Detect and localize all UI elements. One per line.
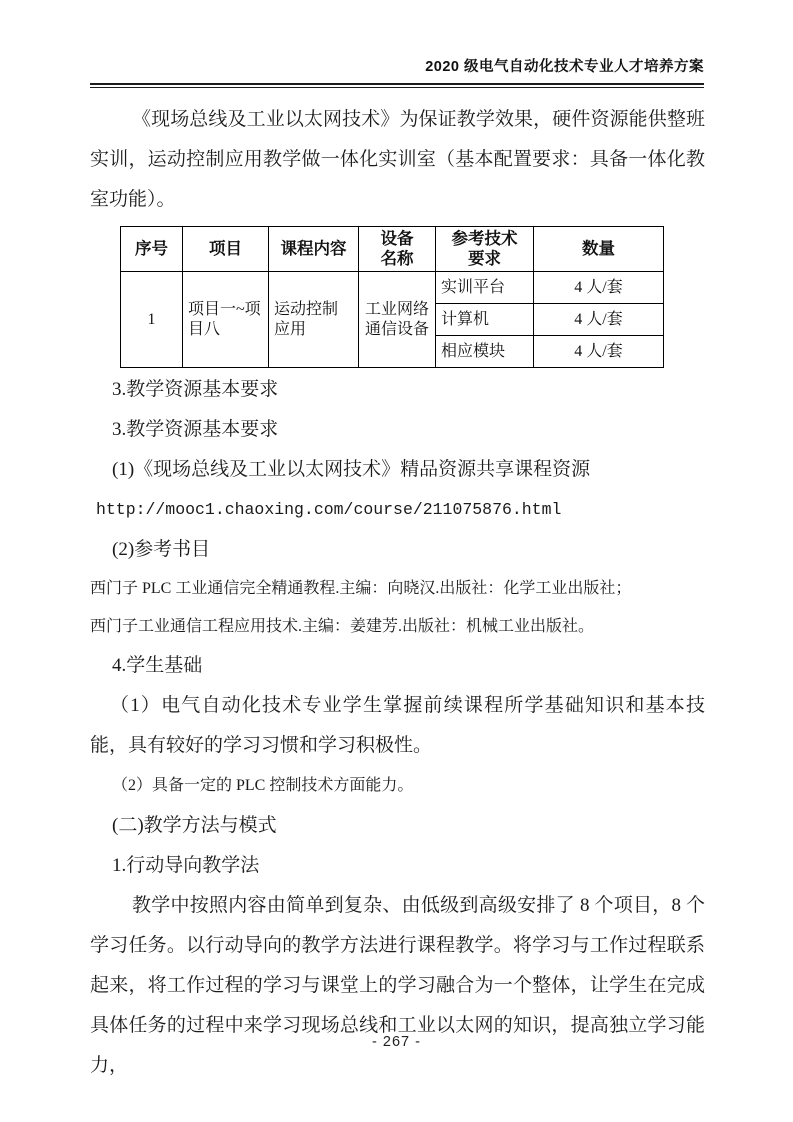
header-cell-index: 序号 (121, 227, 183, 272)
table-header-row: 序号 项目 课程内容 设备 名称 参考技术 要求 数量 (121, 227, 664, 272)
intro-paragraph: 《现场总线及工业以太网技术》为保证教学效果，硬件资源能供整班实训，运动控制应用教… (90, 100, 705, 220)
header-title: 2020 级电气自动化技术专业人才培养方案 (90, 56, 704, 78)
action-method-paragraph: 教学中按照内容由简单到复杂、由低级到高级安排了 8 个项目，8 个学习任务。以行… (90, 886, 705, 1086)
cell-course-content: 运动控制应用 (269, 272, 359, 368)
cell-project: 项目一~项目八 (183, 272, 269, 368)
reference-item-1: 西门子 PLC 工业通信完全精通教程.主编：向晓汉.出版社：化学工业出版社； (90, 570, 705, 608)
document-body: 《现场总线及工业以太网技术》为保证教学效果，硬件资源能供整班实训，运动控制应用教… (90, 100, 705, 1086)
resources-heading-1: 3.教学资源基本要求 (90, 370, 705, 410)
header-cell-requirements: 参考技术 要求 (436, 227, 534, 272)
student-basis-item-2: （2）具备一定的 PLC 控制技术方面能力。 (90, 766, 705, 806)
requirement-quantity: 4 人/套 (534, 336, 664, 368)
course-url: http://mooc1.chaoxing.com/course/2110758… (90, 490, 705, 530)
header-cell-project: 项目 (183, 227, 269, 272)
header-cell-quantity: 数量 (534, 227, 664, 272)
resources-heading-2: 3.教学资源基本要求 (90, 410, 705, 450)
equipment-table: 序号 项目 课程内容 设备 名称 参考技术 要求 数量 1 项目一~项目八 运动… (120, 226, 664, 368)
requirement-quantity: 4 人/套 (534, 304, 664, 336)
teaching-methods-heading: (二)教学方法与模式 (90, 806, 705, 846)
reference-heading: (2)参考书目 (90, 530, 705, 570)
requirement-quantity: 4 人/套 (534, 272, 664, 304)
cell-device-name: 工业网络通信设备 (359, 272, 436, 368)
header-rule (90, 83, 704, 88)
table-row: 1 项目一~项目八 运动控制应用 工业网络通信设备 实训平台 4 人/套 (121, 272, 664, 304)
requirement-name: 相应模块 (436, 336, 534, 368)
cell-index: 1 (121, 272, 183, 368)
requirement-name: 计算机 (436, 304, 534, 336)
equipment-table-wrap: 序号 项目 课程内容 设备 名称 参考技术 要求 数量 1 项目一~项目八 运动… (120, 226, 705, 368)
reference-item-2: 西门子工业通信工程应用技术.主编：姜建芳.出版社：机械工业出版社。 (90, 608, 705, 646)
course-resource-item: (1)《现场总线及工业以太网技术》精品资源共享课程资源 (90, 450, 705, 490)
student-basis-item-1: （1）电气自动化技术专业学生掌握前续课程所学基础知识和基本技能，具有较好的学习习… (90, 686, 705, 766)
student-basis-heading: 4.学生基础 (90, 646, 705, 686)
header-cell-course-content: 课程内容 (269, 227, 359, 272)
header-cell-device-name: 设备 名称 (359, 227, 436, 272)
page-header: 2020 级电气自动化技术专业人才培养方案 (90, 56, 704, 88)
page-number: - 267 - (0, 1034, 793, 1050)
action-method-heading: 1.行动导向教学法 (90, 846, 705, 886)
document-page: 2020 级电气自动化技术专业人才培养方案 《现场总线及工业以太网技术》为保证教… (0, 0, 793, 1122)
requirement-name: 实训平台 (436, 272, 534, 304)
